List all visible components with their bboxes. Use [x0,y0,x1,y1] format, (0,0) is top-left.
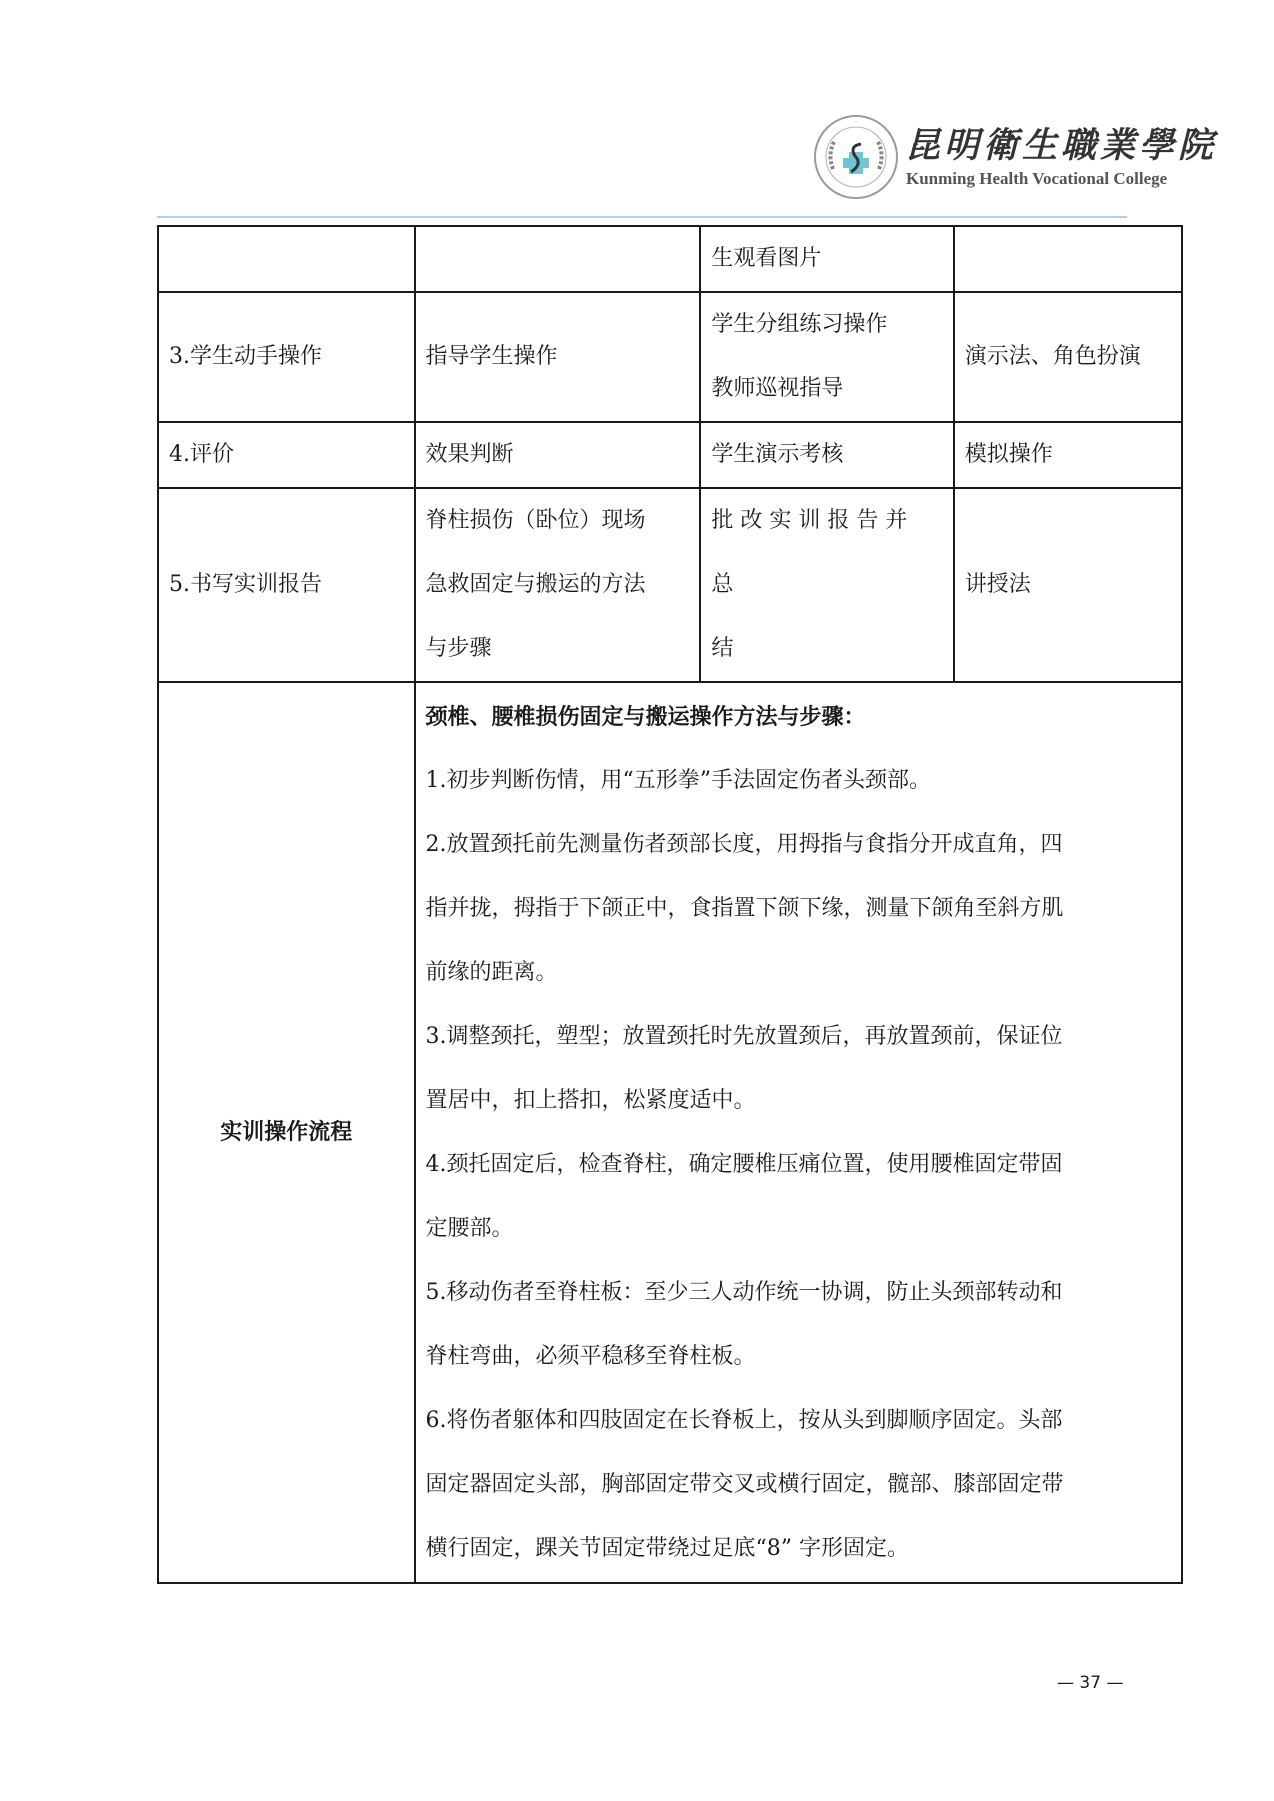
table-cell: 4.评价 [158,422,415,488]
step-line: 固定器固定头部，胸部固定带交叉或横行固定，髋部、膝部固定带 [426,1453,1171,1517]
table-cell: 讲授法 [954,488,1182,682]
college-emblem-icon [813,114,899,200]
college-name-en: Kunming Health Vocational College [906,169,1167,189]
table-cell: 3.学生动手操作 [158,292,415,422]
procedure-label: 实训操作流程 [158,682,415,1583]
table-cell: 脊柱损伤（卧位）现场 急救固定与搬运的方法 与步骤 [415,488,701,682]
table-row: 生观看图片 [158,226,1182,292]
page-number: — 37 — [1057,1673,1123,1693]
table-cell [415,226,701,292]
cell-line: 批改实训报告并总 [711,489,942,617]
header-divider [157,216,1127,218]
teaching-plan-table: 生观看图片 3.学生动手操作 指导学生操作 学生分组练习操作 教师巡视指导 演示… [157,225,1183,1584]
table-cell: 演示法、角色扮演 [954,292,1182,422]
cell-line: 脊柱损伤（卧位）现场 [426,489,690,553]
step-line: 脊柱弯曲，必须平稳移至脊柱板。 [426,1325,1171,1389]
step-line: 2.放置颈托前先测量伤者颈部长度，用拇指与食指分开成直角，四 [426,813,1171,877]
table-row: 3.学生动手操作 指导学生操作 学生分组练习操作 教师巡视指导 演示法、角色扮演 [158,292,1182,422]
table-row: 4.评价 效果判断 学生演示考核 模拟操作 [158,422,1182,488]
step-line: 定腰部。 [426,1197,1171,1261]
cell-line: 结 [711,617,942,681]
table-cell: 模拟操作 [954,422,1182,488]
step-line: 5.移动伤者至脊柱板：至少三人动作统一协调，防止头颈部转动和 [426,1261,1171,1325]
table-cell: 生观看图片 [700,226,953,292]
table-cell: 指导学生操作 [415,292,701,422]
step-line: 指并拢，拇指于下颌正中，食指置下颌下缘，测量下颌角至斜方肌 [426,877,1171,941]
cell-line: 教师巡视指导 [711,357,942,421]
cell-line: 急救固定与搬运的方法 [426,553,690,617]
procedure-title: 颈椎、腰椎损伤固定与搬运操作方法与步骤： [426,685,1171,749]
step-line: 1.初步判断伤情，用“五形拳”手法固定伤者头颈部。 [426,749,1171,813]
cell-line: 与步骤 [426,617,690,681]
table-cell: 学生分组练习操作 教师巡视指导 [700,292,953,422]
step-line: 前缘的距离。 [426,941,1171,1005]
table-cell [954,226,1182,292]
table-cell [158,226,415,292]
step-line: 置居中，扣上搭扣，松紧度适中。 [426,1069,1171,1133]
step-line: 横行固定，踝关节固定带绕过足底“8” 字形固定。 [426,1517,1171,1581]
table-cell: 5.书写实训报告 [158,488,415,682]
table-row: 实训操作流程 颈椎、腰椎损伤固定与搬运操作方法与步骤： 1.初步判断伤情，用“五… [158,682,1182,1583]
step-line: 6.将伤者躯体和四肢固定在长脊板上，按从头到脚顺序固定。头部 [426,1389,1171,1453]
table-row: 5.书写实训报告 脊柱损伤（卧位）现场 急救固定与搬运的方法 与步骤 批改实训报… [158,488,1182,682]
college-name-cn: 昆明衛生職業學院 [905,118,1217,168]
step-line: 4.颈托固定后，检查脊柱，确定腰椎压痛位置，使用腰椎固定带固 [426,1133,1171,1197]
procedure-steps: 颈椎、腰椎损伤固定与搬运操作方法与步骤： 1.初步判断伤情，用“五形拳”手法固定… [415,682,1182,1583]
table-cell: 效果判断 [415,422,701,488]
cell-line: 学生分组练习操作 [711,293,942,357]
step-line: 3.调整颈托，塑型；放置颈托时先放置颈后，再放置颈前，保证位 [426,1005,1171,1069]
table-cell: 批改实训报告并总 结 [700,488,953,682]
table-cell: 学生演示考核 [700,422,953,488]
